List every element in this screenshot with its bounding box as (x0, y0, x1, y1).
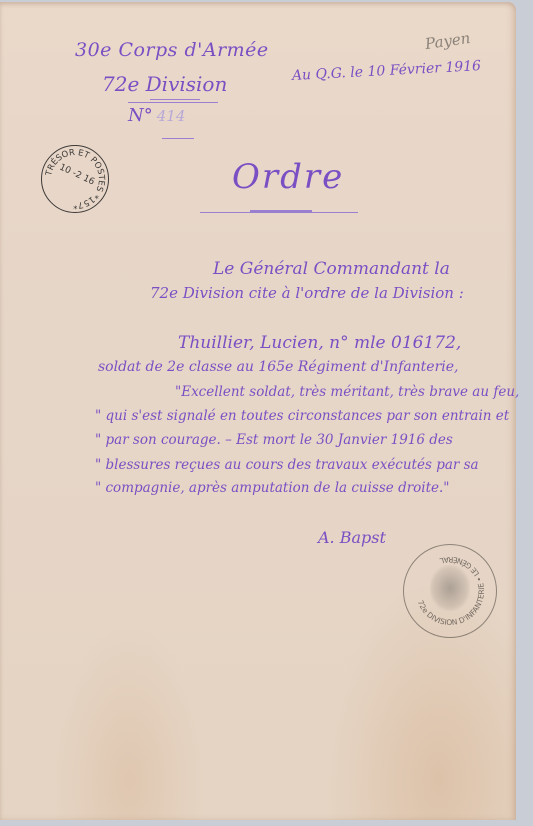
title-underline-accent (250, 210, 312, 212)
signature: A. Bapst (318, 528, 386, 547)
number-label: N° (128, 105, 153, 126)
page-title: Ordre (232, 157, 344, 197)
citation-line-3: " par son courage. – Est mort le 30 Janv… (95, 432, 453, 448)
divider (162, 138, 194, 139)
division-heading: 72e Division (102, 72, 227, 96)
title-underline (200, 212, 358, 213)
divider (128, 102, 218, 103)
soldier-rank: soldat de 2e classe au 165e Régiment d'I… (98, 359, 459, 375)
order-number: N°414 (128, 105, 185, 126)
citation-line-4: " blessures reçues au cours des travaux … (95, 457, 479, 473)
unit-stamp-ring-text: 72e DIVISION D'INFANTERIE • LE GÉNÉRAL (404, 545, 496, 637)
corps-heading: 30e Corps d'Armée (75, 39, 269, 61)
body-line-1: Le Général Commandant la (213, 259, 450, 279)
soldier-name: Thuillier, Lucien, n° mle 016172, (178, 333, 461, 353)
body-line-2: 72e Division cite à l'ordre de la Divisi… (150, 284, 464, 302)
postal-stamp: TRÉSOR ET POSTES *157* 10 -2 16 (41, 145, 109, 213)
document-page: Payen 30e Corps d'Armée 72e Division N°4… (0, 2, 516, 820)
svg-text:72e DIVISION D'INFANTERIE • LE: 72e DIVISION D'INFANTERIE • LE GÉNÉRAL (416, 555, 486, 627)
pencil-annotation: Payen (424, 29, 471, 53)
citation-line-2: " qui s'est signalé en toutes circonstan… (95, 408, 509, 424)
divider (150, 99, 200, 100)
citation-line-5: " compagnie, après amputation de la cuis… (95, 480, 450, 496)
number-value: 414 (157, 107, 186, 125)
citation-line-1: "Excellent soldat, très méritant, très b… (175, 384, 519, 400)
place-date: Au Q.G. le 10 Février 1916 (292, 58, 482, 84)
unit-stamp: 72e DIVISION D'INFANTERIE • LE GÉNÉRAL (403, 544, 497, 638)
